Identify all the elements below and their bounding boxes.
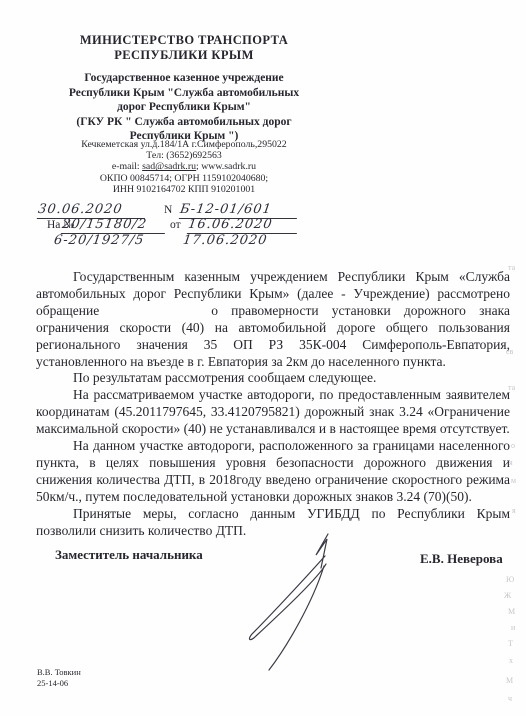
organization-name: Государственное казенное учреждение Респ… [26, 71, 342, 144]
bleed-through-mark: Ю [506, 575, 514, 584]
organization-name-line: дорог Республики Крым" [26, 100, 342, 115]
incoming-date2-handwritten: 17.06.2020 [182, 233, 269, 248]
paragraph-2: По результатам рассмотрения сообщаем сле… [36, 370, 510, 387]
postal-address: Кечкеметская ул.д.184/1А г.Симферополь,2… [26, 139, 342, 150]
bleed-through-mark: та [508, 263, 515, 272]
bleed-through-mark: Т [508, 639, 513, 648]
bleed-through-mark: я [512, 506, 516, 515]
bleed-through-mark: М [508, 607, 515, 616]
inn-kpp-line: ИНН 9102164702 КПП 910201001 [26, 184, 342, 195]
bleed-through-mark: я [509, 458, 513, 467]
letterhead: МИНИСТЕРСТВО ТРАНСПОРТА РЕСПУБЛИКИ КРЫМ … [26, 33, 342, 144]
bleed-through-mark: Ж [504, 591, 511, 600]
bleed-through-mark: о [511, 441, 515, 450]
bleed-through-mark: ч [508, 694, 512, 703]
organization-name-line: (ГКУ РК " Служба автомобильных дорог [26, 115, 342, 130]
number-label: N [164, 204, 172, 216]
document-requisites: 30.06.2020 N Б-12-01/601 На № 20/15180/2… [36, 202, 346, 258]
bleed-through-mark: та [508, 383, 515, 392]
bleed-through-mark: и [511, 623, 515, 632]
okpo-ogrn-line: ОКПО 00845714; ОГРН 1159102040680; [26, 173, 342, 184]
paragraph-3: На рассматриваемом участке автодороги, п… [36, 387, 510, 438]
ministry-title-line2: РЕСПУБЛИКИ КРЫМ [26, 48, 342, 63]
incoming-date-handwritten: 16.06.2020 [187, 217, 299, 234]
email-line: e-mail: sad@sadrk.ru; www.sadrk.ru [26, 161, 342, 172]
paragraph-1: Государственным казенным учреждением Рес… [36, 269, 510, 370]
email-prefix: e-mail: [112, 161, 142, 172]
organization-name-line: Республики Крым "Служба автомобильных [26, 86, 342, 101]
executor-name: В.В. Товкин [37, 667, 81, 678]
phone-line: Тел: (3652)692563 [26, 150, 342, 161]
from-label: от [170, 219, 181, 231]
letter-body: Государственным казенным учреждением Рес… [36, 269, 510, 540]
incoming-number-handwritten: 20/15180/2 [61, 217, 167, 234]
scanned-letter-page: МИНИСТЕРСТВО ТРАНСПОРТА РЕСПУБЛИКИ КРЫМ … [0, 0, 526, 716]
email-address: sad@sadrk.ru [142, 161, 196, 172]
executor-block: В.В. Товкин 25-14-06 [37, 667, 81, 688]
bleed-through-mark: х [509, 656, 513, 665]
bleed-through-mark: М [506, 676, 513, 685]
email-suffix: ; www.sadrk.ru [196, 161, 256, 172]
bleed-through-mark: м [511, 476, 516, 485]
executor-phone: 25-14-06 [37, 678, 81, 689]
bleed-through-mark: ёв [506, 347, 513, 356]
signer-name: Е.В. Неверова [420, 551, 503, 567]
handwritten-signature [238, 522, 348, 692]
paragraph-4: На данном участке автодороги, расположен… [36, 438, 510, 506]
contact-block: Кечкеметская ул.д.184/1А г.Симферополь,2… [26, 139, 342, 195]
ministry-title-line1: МИНИСТЕРСТВО ТРАНСПОРТА [26, 33, 342, 48]
paragraph-1-after-redaction: о правомерности установки дорожного знак… [36, 303, 510, 369]
organization-name-line: Государственное казенное учреждение [26, 71, 342, 86]
signer-position-title: Заместитель начальника [55, 547, 203, 563]
incoming-number2-handwritten: 6-20/1927/5 [53, 233, 145, 248]
